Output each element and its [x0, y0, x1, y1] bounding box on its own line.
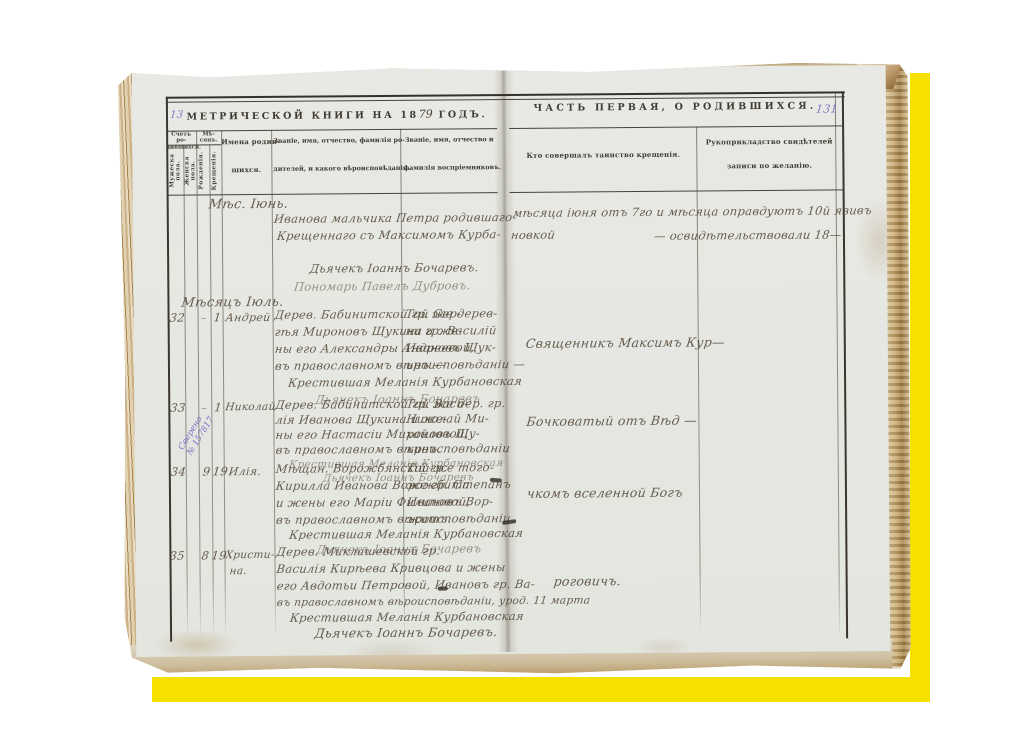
entry-name: Христи-	[225, 550, 275, 561]
priest-entry: Бочковатый отъ Вѣд —	[526, 415, 698, 429]
entry-parents-line: его Авдотьи Петровой, Ивановъ гр. Ва-	[276, 579, 536, 593]
header-names-line2: шихся.	[221, 166, 271, 174]
entry-name: Андрей	[225, 312, 271, 323]
header-names-line1: Имена родив-	[221, 138, 271, 146]
entry-godparents-line: инъ —	[405, 360, 446, 372]
clerk-signature: Дьячекъ Іоаннъ Бочаревъ.	[299, 262, 490, 275]
metrical-book: 13 131 МЕТРИЧЕСКОЙ КНИГИ НА 1879 ГОДЪ. Ч…	[116, 61, 913, 679]
entry-name: Николай	[225, 402, 277, 413]
entry-godparents-line: Ивановъ Вор-	[406, 496, 494, 508]
title-left-page: МЕТРИЧЕСКОЙ КНИГИ НА 1879 ГОДЪ.	[176, 108, 498, 123]
priest-entry: Священникъ Максимъ Кур—	[525, 336, 726, 350]
entry-godparents-line: Той же того-	[406, 462, 495, 474]
entry-parents-line: въ православномъ вѣроисповѣданіи	[276, 513, 512, 526]
entry-number: 34	[170, 467, 187, 479]
entry-parents-line: въ православномъ вѣроисповѣданіи —	[274, 359, 526, 372]
title-year-handwritten: 79	[419, 108, 433, 121]
document-photo: 13 131 МЕТРИЧЕСКОЙ КНИГИ НА 1879 ГОДЪ. Ч…	[108, 8, 910, 677]
entry-godparents-line: ни гр. Василій	[405, 325, 497, 337]
header-month-baptism: Крещенія.	[211, 148, 221, 192]
entry-godparents-line: житъ.	[407, 513, 453, 525]
entry-handwritten-line: Иванова мальчика Петра родившаго-	[273, 212, 517, 225]
header-witness-line1: Рукоприкладство свидѣтелей	[700, 137, 838, 146]
header-parents-line1: Званіе, имя, отчество, фамилія ро-	[273, 137, 399, 145]
entry-number: 33	[170, 403, 187, 415]
entry-parents-line: въ православномъ вѣроисповѣданіи	[275, 443, 511, 456]
ink-smudge	[490, 478, 502, 483]
header-count-male: Мужеска пола.	[169, 149, 181, 193]
priest-entry: роговичъ.	[553, 575, 622, 588]
entry-godparents-line: Ивановъ Щук-	[405, 342, 497, 354]
entry-baptism-day: 19	[212, 466, 229, 478]
baptizer-line: Крестившая Меланія Курбановская	[289, 528, 505, 541]
header-witness-line2: записи по желанію.	[700, 161, 838, 170]
entry-name-continued: на.	[229, 566, 248, 577]
entry-parents-line: Василія Кирѣева Кривцова и жены	[276, 562, 506, 575]
entry-handwritten-line: Крещеннаго съ Максимомъ Курба-	[276, 229, 501, 242]
entry-parents-line: въ православномъ вѣроисповѣданіи, урод. …	[276, 595, 591, 608]
title-left-prefix: МЕТРИЧЕСКОЙ КНИГИ НА 18	[187, 110, 419, 123]
entry-birth-day: 8	[201, 550, 210, 562]
header-month-birth: Рожденія.	[198, 148, 208, 192]
priest-entry: чкомъ вселенной Богъ	[526, 487, 683, 501]
title-left-suffix: ГОДЪ.	[439, 109, 488, 120]
reader-signature: Пономарь Павелъ Дубровъ.	[287, 280, 478, 293]
entry-godparents-line: кинъ.	[406, 444, 442, 456]
yellow-accent-right	[908, 73, 930, 702]
entry-birth-day: 9	[202, 466, 211, 478]
verification-note: мѣсяца іюня отъ 7го и мѣсяца оправдуютъ …	[512, 205, 872, 219]
header-priest: Кто совершалъ таинство крещенія.	[514, 151, 692, 160]
entry-handwritten-line: новкой	[510, 230, 556, 242]
header-parents-line2: дителей, и какого вѣроисповѣданія.	[273, 165, 399, 173]
entry-baptism-day: 1	[213, 312, 222, 324]
entry-number: 32	[169, 313, 186, 325]
ink-smudge	[438, 587, 448, 591]
entry-godparents-line: Той же дерев-	[405, 308, 498, 320]
entry-godparents-line: Николай Ми-	[406, 413, 490, 425]
yellow-accent-bottom	[152, 677, 930, 702]
entry-godparents-line: Той же дер. гр.	[406, 398, 507, 410]
header-month: Мѣ- сяцъ.	[197, 131, 220, 144]
verification-note: — освидѣтельствовали 18—	[653, 229, 842, 242]
baptizer-line: Крестившая Меланія Курбановская	[287, 376, 503, 389]
baptizer-line: Крестившая Меланія Курбановская	[289, 611, 505, 624]
page-canvas: 13 131 МЕТРИЧЕСКОЙ КНИГИ НА 1879 ГОДЪ. Ч…	[0, 0, 1024, 740]
entry-number: 35	[169, 551, 186, 563]
section-label-july: Мѣсяцъ Іюль.	[181, 296, 285, 310]
entry-godparents-line: роновъ Щу-	[406, 428, 481, 440]
header-count-female: Женска пола.	[184, 148, 195, 192]
entry-baptism-day: 1	[214, 402, 223, 414]
section-label-june: Мѣс. Іюнь.	[208, 198, 289, 212]
page-closing-signature: Дьячекъ Іоаннъ Бочаревъ.	[305, 626, 506, 640]
header-godparents-line1: Званіе, имя, отчество и	[403, 136, 495, 144]
entry-name: Илія.	[228, 466, 262, 477]
header-godparents-line2: фамилія воспріемниковъ.	[403, 164, 495, 172]
entry-parents-line: Дерев. Миклашевской гр.	[276, 546, 441, 559]
